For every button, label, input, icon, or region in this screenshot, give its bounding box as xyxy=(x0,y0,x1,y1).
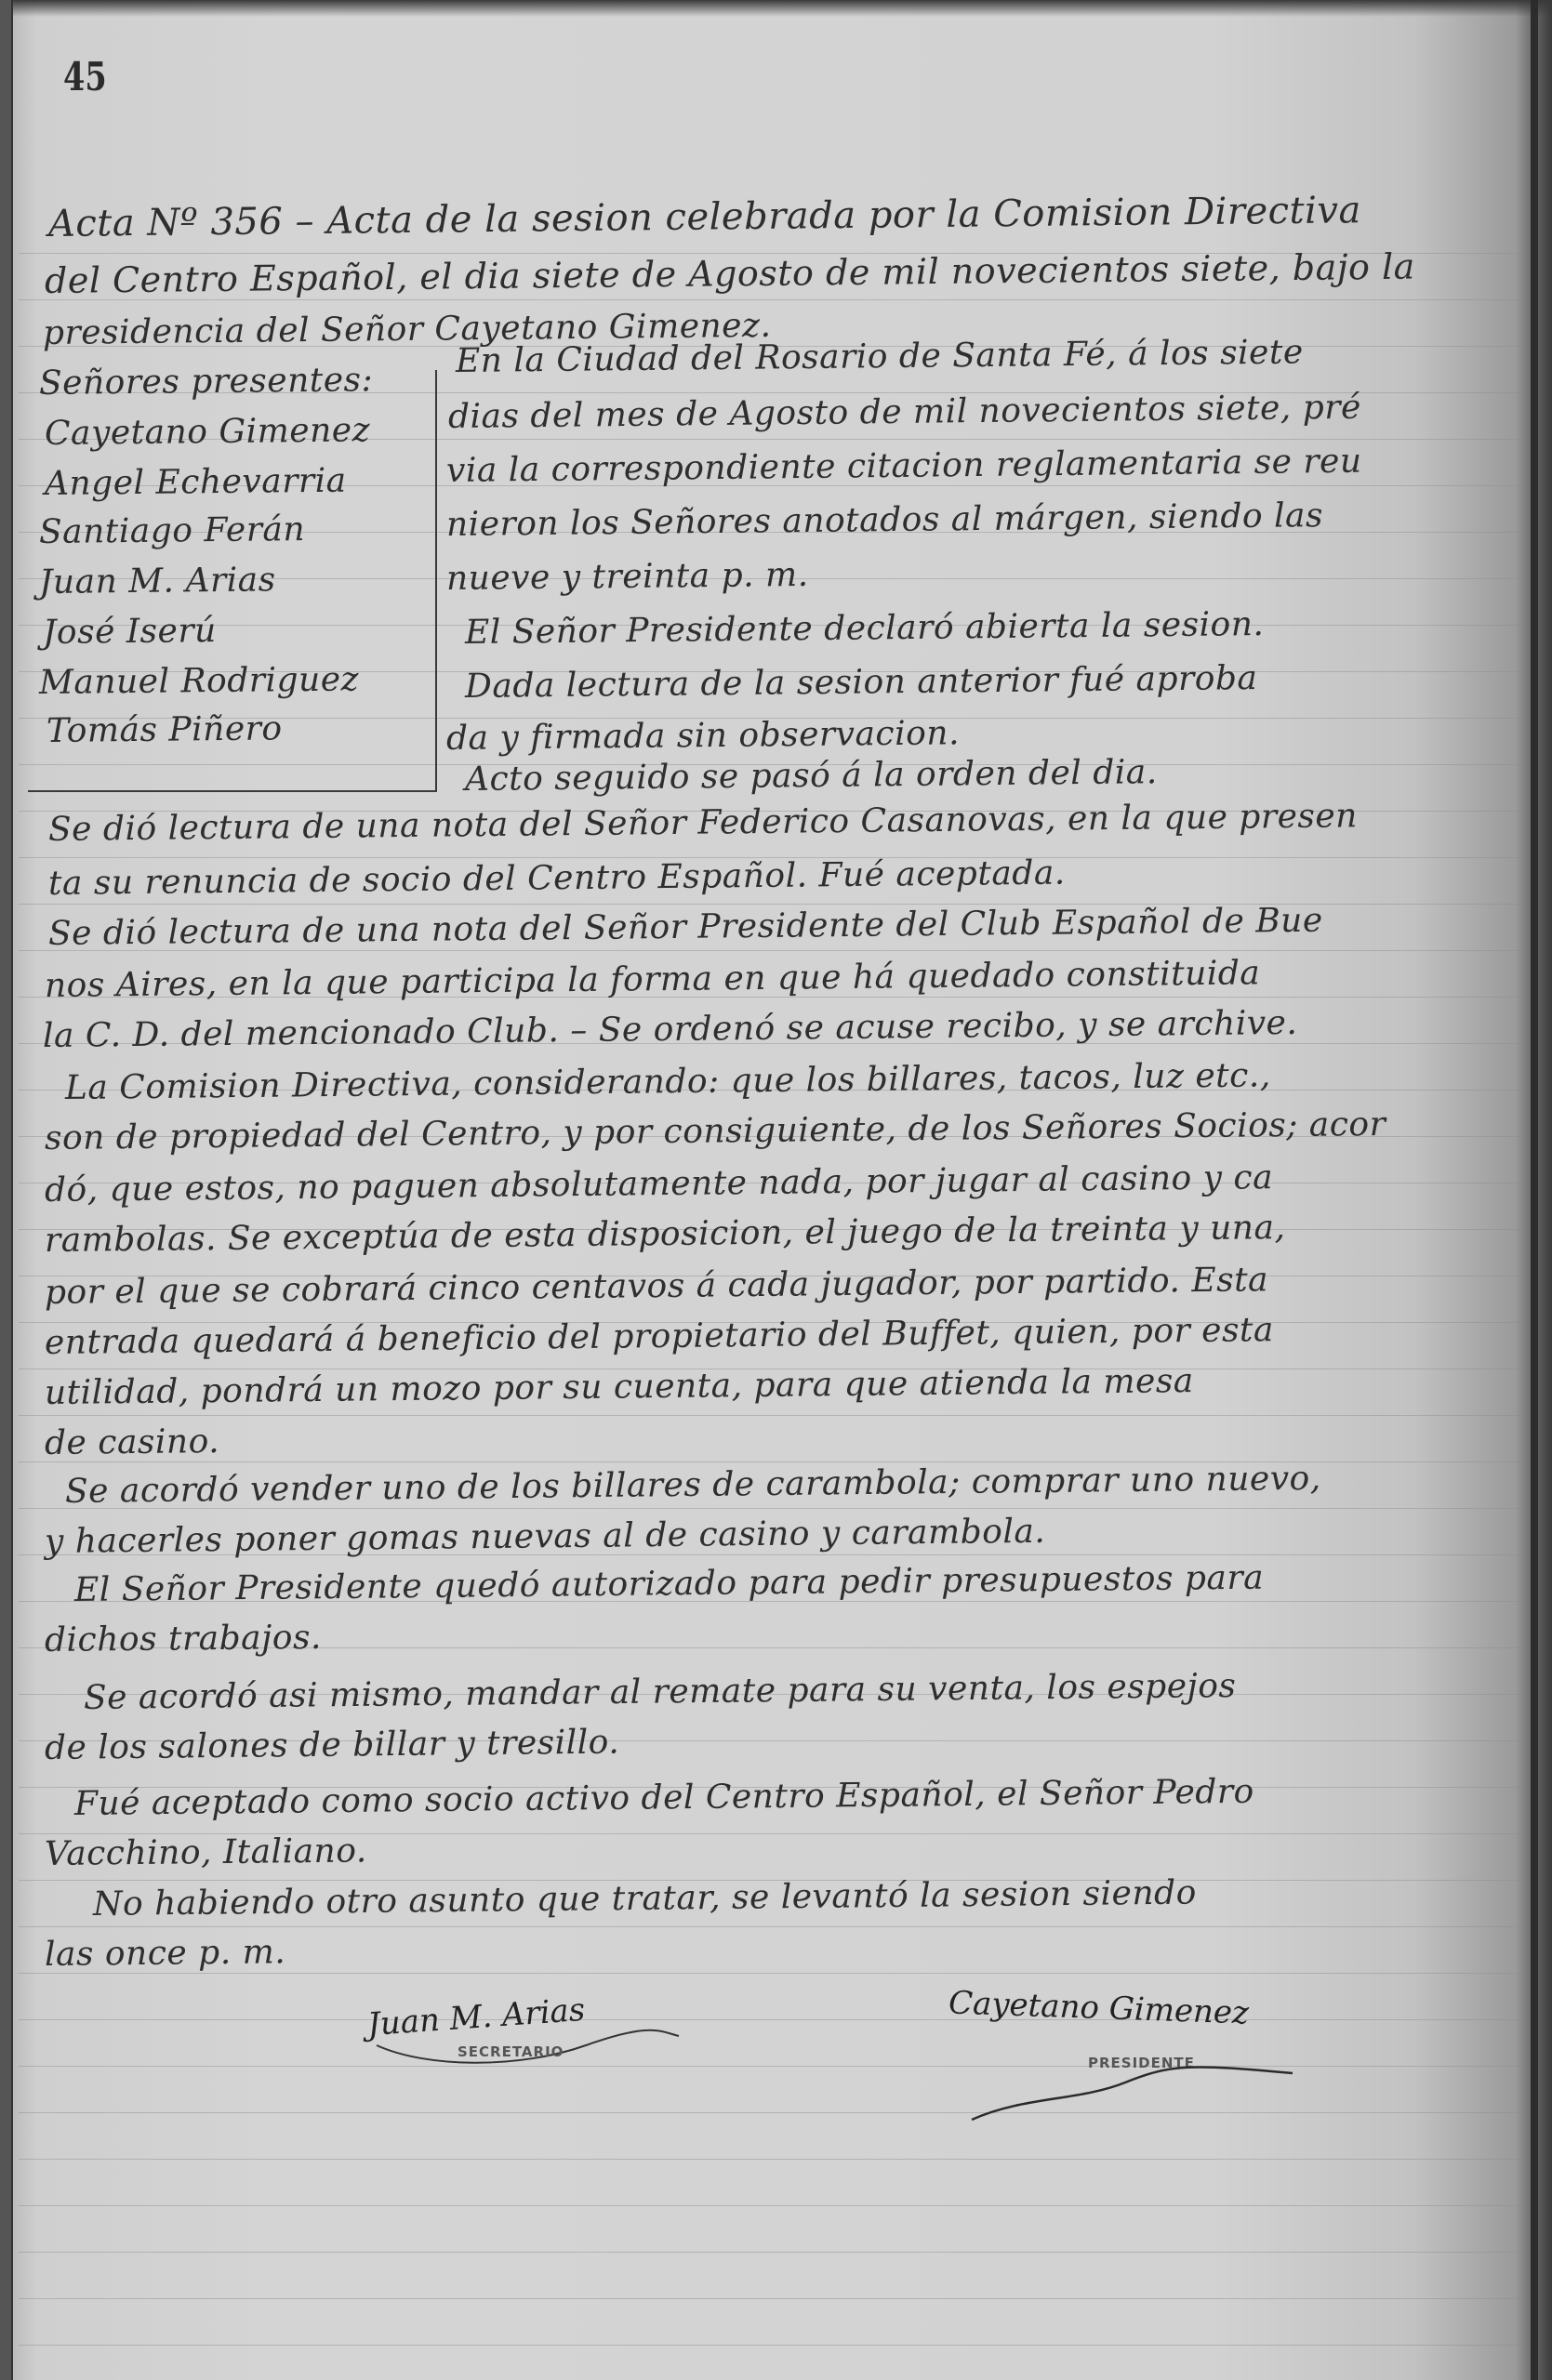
body-line: dó, que estos, no paguen absolutamente n… xyxy=(45,1158,1273,1210)
body-line: Se acordó vender uno de los billares de … xyxy=(65,1460,1321,1511)
body-line: Dada lectura de la sesion anterior fué a… xyxy=(465,659,1258,706)
body-line: utilidad, pondrá un mozo por su cuenta, … xyxy=(45,1362,1194,1412)
page-top-shadow xyxy=(0,0,1552,17)
body-line: Se dió lectura de una nota del Señor Pre… xyxy=(48,902,1323,953)
ruled-line xyxy=(19,2252,1525,2253)
body-line: por el que se cobrará cinco centavos á c… xyxy=(45,1261,1268,1312)
attendee-name: José Iserú xyxy=(43,612,217,652)
attendee-name: Tomás Piñero xyxy=(46,709,283,750)
attendee-name: Juan M. Arias xyxy=(39,561,276,602)
body-line: En la Ciudad del Rosario de Santa Fé, á … xyxy=(456,333,1304,380)
body-line: las once p. m. xyxy=(45,1933,286,1974)
attendee-name: Cayetano Gimenez xyxy=(45,411,370,453)
body-line: son de propiedad del Centro, y por consi… xyxy=(45,1105,1386,1157)
body-line: No habiendo otro asunto que tratar, se l… xyxy=(93,1874,1197,1924)
heading-line: Acta Nº 356 – Acta de la sesion celebrad… xyxy=(48,189,1361,245)
body-line: Fué aceptado como socio activo del Centr… xyxy=(74,1773,1254,1823)
body-line: El Señor Presidente declaró abierta la s… xyxy=(465,605,1265,652)
attendee-name: Angel Echevarria xyxy=(45,462,347,503)
body-line: ta su renuncia de socio del Centro Españ… xyxy=(48,854,1066,903)
page-right-edge xyxy=(1531,0,1538,2380)
attendees-title: Señores presentes: xyxy=(39,361,374,403)
ruled-line xyxy=(19,2019,1525,2020)
ruled-line xyxy=(19,2345,1525,2346)
body-line: Acto seguido se pasó á la orden del dia. xyxy=(465,753,1158,799)
body-line: Se dió lectura de una nota del Señor Fed… xyxy=(48,797,1358,849)
ledger-page: 45 Acta Nº 356 – Acta de la sesion celeb… xyxy=(0,0,1552,2380)
ruled-line xyxy=(19,1973,1525,1974)
secretary-stamp: SECRETARIO xyxy=(458,2043,564,2060)
body-line: Se acordó asi mismo, mandar al remate pa… xyxy=(84,1667,1237,1717)
body-line: da y firmada sin observacion. xyxy=(446,714,960,758)
ruled-line xyxy=(19,2298,1525,2299)
body-line: la C. D. del mencionado Club. – Se orden… xyxy=(43,1004,1298,1055)
body-line: nueve y treinta p. m. xyxy=(446,556,809,598)
heading-line: del Centro Español, el dia siete de Agos… xyxy=(45,246,1415,301)
body-line: nieron los Señores anotados al márgen, s… xyxy=(446,496,1323,544)
ruled-line xyxy=(19,299,1525,300)
page-number: 45 xyxy=(63,54,107,99)
ruled-line xyxy=(19,1926,1525,1927)
body-line: dichos trabajos. xyxy=(45,1619,322,1659)
ruled-line xyxy=(19,1415,1525,1416)
body-line: de los salones de billar y tresillo. xyxy=(45,1724,620,1767)
ruled-line xyxy=(19,2159,1525,2160)
body-line: de casino. xyxy=(45,1422,219,1462)
body-line: dias del mes de Agosto de mil noveciento… xyxy=(448,389,1361,436)
body-line: Vacchino, Italiano. xyxy=(45,1831,367,1873)
body-line: entrada quedará á beneficio del propieta… xyxy=(45,1311,1274,1362)
binding-edge xyxy=(0,0,13,2380)
president-signature: Cayetano Gimenez xyxy=(948,1984,1249,2031)
attendee-name: Manuel Rodriguez xyxy=(39,660,359,702)
body-line: rambolas. Se exceptúa de esta disposicio… xyxy=(45,1209,1286,1260)
body-line: via la correspondiente citacion reglamen… xyxy=(446,443,1362,490)
attendee-name: Santiago Ferán xyxy=(39,510,306,551)
body-line: La Comision Directiva, considerando: que… xyxy=(65,1056,1271,1107)
ruled-line xyxy=(19,2205,1525,2206)
president-flourish xyxy=(967,2045,1320,2129)
